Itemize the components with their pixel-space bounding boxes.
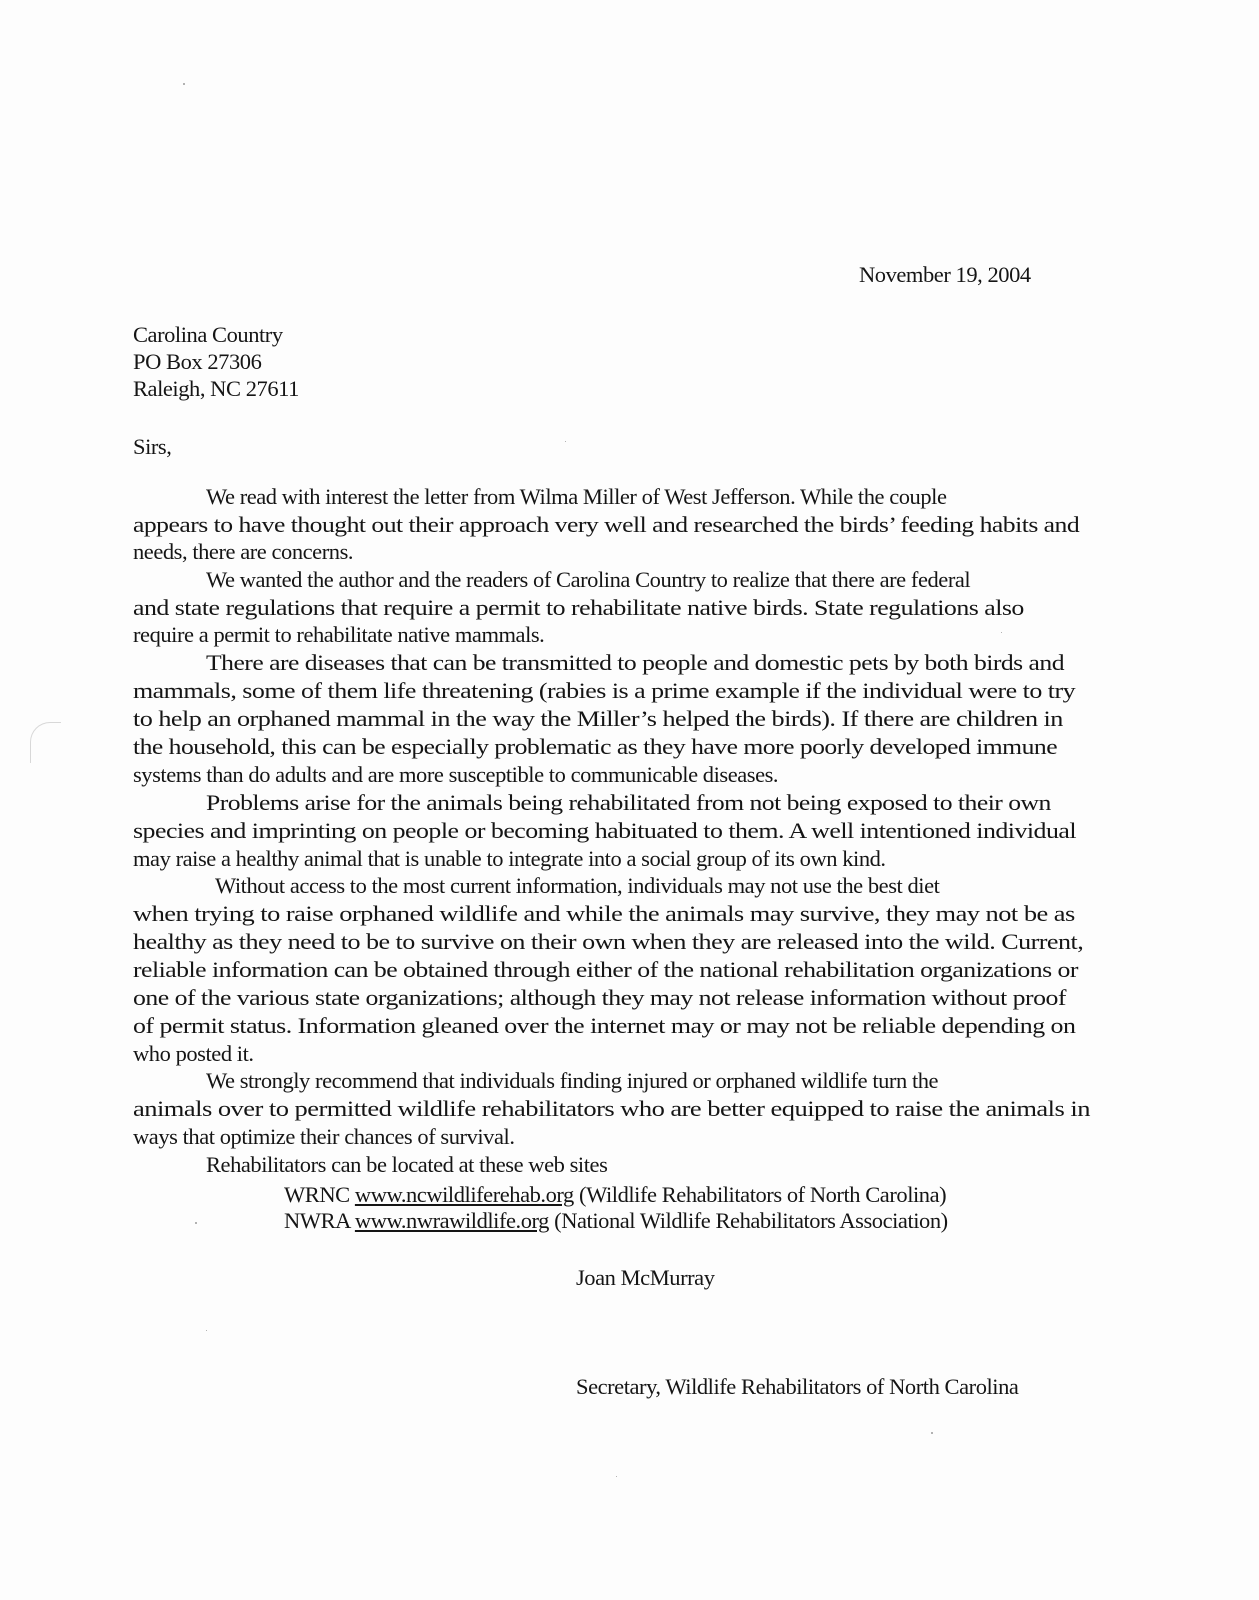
body-line: ways that optimize their chances of surv… [133, 1124, 515, 1150]
recipient-name: Carolina Country [133, 322, 283, 348]
body-line: Rehabilitators can be located at these w… [206, 1152, 607, 1178]
body-line: systems than do adults and are more susc… [133, 762, 778, 788]
recipient-address-line1: PO Box 27306 [133, 349, 261, 375]
body-line: appears to have thought out their approa… [133, 512, 1079, 538]
body-line: We wanted the author and the readers of … [206, 567, 970, 593]
signature-title: Secretary, Wildlife Rehabilitators of No… [576, 1374, 1018, 1400]
body-line: species and imprinting on people or beco… [133, 818, 1076, 844]
body-line: There are diseases that can be transmitt… [206, 650, 1064, 676]
signature-name: Joan McMurray [576, 1265, 715, 1291]
letter-date: November 19, 2004 [859, 262, 1031, 288]
scan-speck [1001, 632, 1002, 633]
body-line: animals over to permitted wildlife rehab… [133, 1096, 1090, 1122]
site-abbr: WRNC [284, 1182, 350, 1207]
scan-speck [565, 441, 566, 442]
scan-speck [183, 83, 185, 85]
body-line: may raise a healthy animal that is unabl… [133, 846, 886, 872]
body-line: of permit status. Information gleaned ov… [133, 1013, 1075, 1039]
site-description: (Wildlife Rehabilitators of North Caroli… [574, 1182, 946, 1207]
body-line: reliable information can be obtained thr… [133, 957, 1078, 983]
body-line: to help an orphaned mammal in the way th… [133, 706, 1063, 732]
body-line: and state regulations that require a per… [133, 595, 1024, 621]
salutation: Sirs, [133, 434, 171, 460]
body-line: require a permit to rehabilitate native … [133, 622, 544, 648]
body-line: needs, there are concerns. [133, 539, 353, 565]
scan-speck [616, 1476, 617, 1477]
web-site-nwra: NWRA www.nwrawildlife.org (National Wild… [284, 1208, 948, 1234]
letter-page: November 19, 2004 Carolina Country PO Bo… [0, 0, 1259, 1600]
body-line: who posted it. [133, 1041, 254, 1067]
recipient-address-line2: Raleigh, NC 27611 [133, 376, 299, 402]
scan-speck [931, 1432, 933, 1434]
web-site-wrnc: WRNC www.ncwildliferehab.org (Wildlife R… [284, 1182, 946, 1208]
body-line: mammals, some of them life threatening (… [133, 678, 1075, 704]
body-line: healthy as they need to be to survive on… [133, 929, 1083, 955]
body-line: Without access to the most current infor… [215, 873, 939, 899]
site-abbr: NWRA [284, 1208, 350, 1233]
site-description: (National Wildlife Rehabilitators Associ… [554, 1208, 948, 1233]
body-line: We read with interest the letter from Wi… [206, 484, 947, 510]
scan-artifact [30, 722, 61, 763]
body-line: when trying to raise orphaned wildlife a… [133, 901, 1075, 927]
site-link-nwra[interactable]: www.nwrawildlife.org [355, 1208, 549, 1233]
body-line: the household, this can be especially pr… [133, 734, 1057, 760]
scan-speck [206, 1330, 207, 1331]
body-line: We strongly recommend that individuals f… [206, 1068, 938, 1094]
body-line: Problems arise for the animals being reh… [206, 790, 1051, 816]
site-link-wrnc[interactable]: www.ncwildliferehab.org [355, 1182, 574, 1207]
scan-speck [195, 1222, 197, 1224]
body-line: one of the various state organizations; … [133, 985, 1066, 1011]
